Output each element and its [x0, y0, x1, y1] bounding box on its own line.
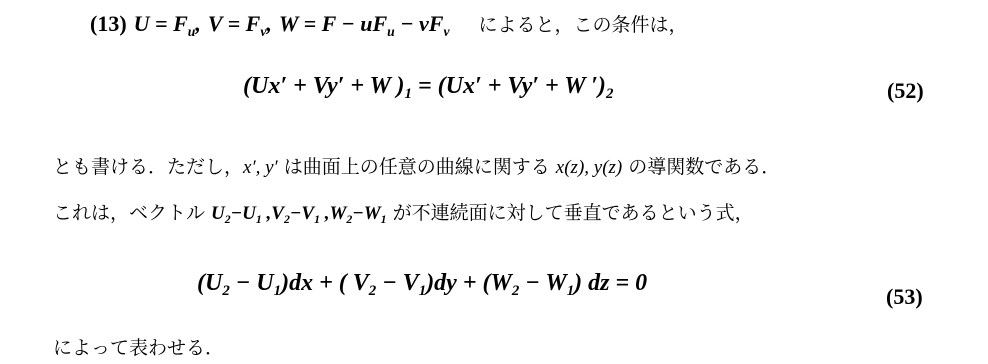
- equation-number-53: (53): [886, 284, 923, 310]
- equation-52: (Ux′ + Vy′ + W )1 = (Ux′ + Vy′ + W ′)2: [243, 73, 613, 100]
- item-label: (13): [90, 11, 127, 36]
- separator: ,: [266, 11, 272, 36]
- vector-component-w: W2−W1: [329, 203, 386, 224]
- equation-53: (U2 − U1)dx + ( V2 − V1)dy + (W2 − W1) d…: [197, 270, 647, 297]
- paragraph-line-3: によって表わせる．: [53, 333, 224, 360]
- item-13-line: (13) U = Fu, V = Fv, W = F − uFu − vFv に…: [90, 10, 688, 37]
- formula-w: W = F − uFu − vFv: [279, 11, 450, 36]
- paragraph-line-1: とも書ける．ただし，x′, y′ は曲面上の任意の曲線に関する x(z), y(…: [53, 152, 780, 179]
- vector-component-v: V2−V1: [271, 203, 320, 224]
- paragraph-line-2: これは，ベクトル U2−U1 ,V2−V1 ,W2−W1 が不連続面に対して垂直…: [53, 198, 754, 225]
- equation-number-52: (52): [887, 78, 924, 104]
- formula-u: U = Fu: [134, 11, 196, 36]
- separator: ,: [195, 11, 201, 36]
- formula-v: V = Fv: [208, 11, 267, 36]
- item-13-text: によると，この条件は，: [479, 14, 688, 36]
- vector-component-u: U2−U1: [211, 203, 262, 224]
